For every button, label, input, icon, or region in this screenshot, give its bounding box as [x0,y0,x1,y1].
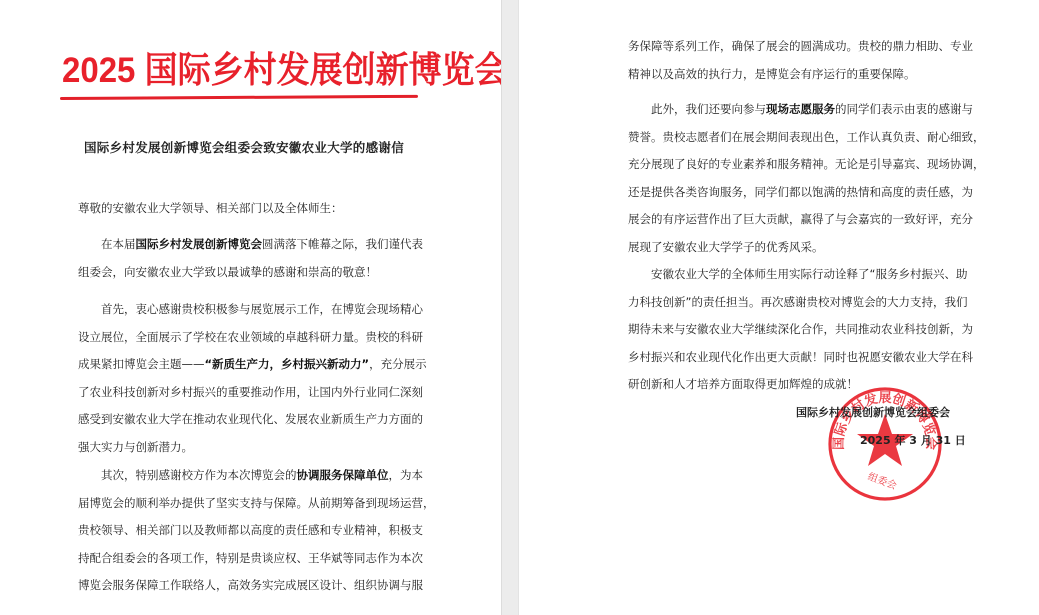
paragraph-closing: 安徽农业大学的全体师生用实际行动诠释了“服务乡村振兴、助 力科技创新”的责任担当… [628,261,948,399]
paragraph-line: 乡村振兴和农业现代化作出更大贡献！同时也祝愿安徽农业大学在科 [628,344,948,372]
paragraph-service-continued: 务保障等系列工作，确保了展会的圆满成功。贵校的鼎力相助、专业 精神以及高效的执行… [628,33,948,88]
paragraph-line: 此外，我们还要向参与现场志愿服务的同学们表示由衷的感谢与 [628,96,948,124]
paragraph-line: 力科技创新”的责任担当。再次感谢贵校对博览会的大力支持，我们 [628,289,948,317]
paragraph-line: 首先，衷心感谢贵校积极参与展览展示工作，在博览会现场精心 [78,296,418,324]
paragraph-exhibition-thanks: 首先，衷心感谢贵校积极参与展览展示工作，在博览会现场精心 设立展位，全面展示了学… [78,296,418,461]
banner-title: 2025 国际乡村发展创新博览会 [62,42,422,93]
paragraph-line: 强大实力与创新潜力。 [78,434,418,462]
salutation: 尊敬的安徽农业大学领导、相关部门以及全体师生： [78,200,343,216]
document-page-left: 2025 国际乡村发展创新博览会 国际乡村发展创新博览会组委会致安徽农业大学的感… [0,0,501,615]
signature-organization: 国际乡村发展创新博览会组委会 [796,404,950,420]
paragraph-volunteer-thanks: 此外，我们还要向参与现场志愿服务的同学们表示由衷的感谢与 赞誉。贵校志愿者们在展… [628,96,948,261]
paragraph-line: 感受到安徽农业大学在推动农业现代化、发展农业新质生产力方面的 [78,406,418,434]
paragraph-line: 在本届国际乡村发展创新博览会圆满落下帷幕之际，我们谨代表 [78,231,418,259]
paragraph-line: 届博览会的顺利举办提供了坚实支持与保障。从前期筹备到现场运营， [78,490,418,518]
paragraph-line: 持配合组委会的各项工作，特别是贵谈应权、王华斌等同志作为本次 [78,545,418,573]
paragraph-line: 研创新和人才培养方面取得更加辉煌的成就！ [628,371,948,399]
letter-title: 国际乡村发展创新博览会组委会致安徽农业大学的感谢信 [84,138,404,156]
paragraph-line: 了农业科技创新对乡村振兴的重要推动作用，让国内外行业同仁深刻 [78,379,418,407]
paragraph-line: 展现了安徽农业大学学子的优秀风采。 [628,234,948,262]
paragraph-line: 贵校领导、相关部门以及教师都以高度的责任感和专业精神，积极支 [78,517,418,545]
paragraph-line: 期待未来与安徽农业大学继续深化合作，共同推动农业科技创新，为 [628,316,948,344]
paragraph-line: 设立展位，全面展示了学校在农业领域的卓越科研力量。贵校的科研 [78,324,418,352]
paragraph-service-thanks: 其次，特别感谢校方作为本次博览会的协调服务保障单位，为本 届博览会的顺利举办提供… [78,462,418,600]
signature-date: 2025 年 3 月 31 日 [860,432,966,448]
paragraph-line: 其次，特别感谢校方作为本次博览会的协调服务保障单位，为本 [78,462,418,490]
paragraph-line: 组委会，向安徽农业大学致以最诚挚的感谢和崇高的敬意！ [78,259,418,287]
paragraph-line: 务保障等系列工作，确保了展会的圆满成功。贵校的鼎力相助、专业 [628,33,948,61]
paragraph-line: 充分展现了良好的专业素养和服务精神。无论是引导嘉宾、现场协调， [628,151,948,179]
paragraph-opening: 在本届国际乡村发展创新博览会圆满落下帷幕之际，我们谨代表 组委会，向安徽农业大学… [78,231,418,286]
paragraph-line: 安徽农业大学的全体师生用实际行动诠释了“服务乡村振兴、助 [628,261,948,289]
paragraph-line: 赞誉。贵校志愿者们在展会期间表现出色，工作认真负责、耐心细致， [628,124,948,152]
paragraph-line: 精神以及高效的执行力，是博览会有序运行的重要保障。 [628,61,948,89]
paragraph-line: 成果紧扣博览会主题——“新质生产力，乡村振兴新动力”，充分展示 [78,351,418,379]
banner-divider [60,95,418,100]
paragraph-line: 还是提供各类咨询服务，同学们都以饱满的热情和高度的责任感，为 [628,179,948,207]
paragraph-line: 博览会服务保障工作联络人，高效务实完成展区设计、组织协调与服 [78,572,418,600]
paragraph-line: 展会的有序运营作出了巨大贡献，赢得了与会嘉宾的一致好评，充分 [628,206,948,234]
page-gutter [501,0,519,615]
